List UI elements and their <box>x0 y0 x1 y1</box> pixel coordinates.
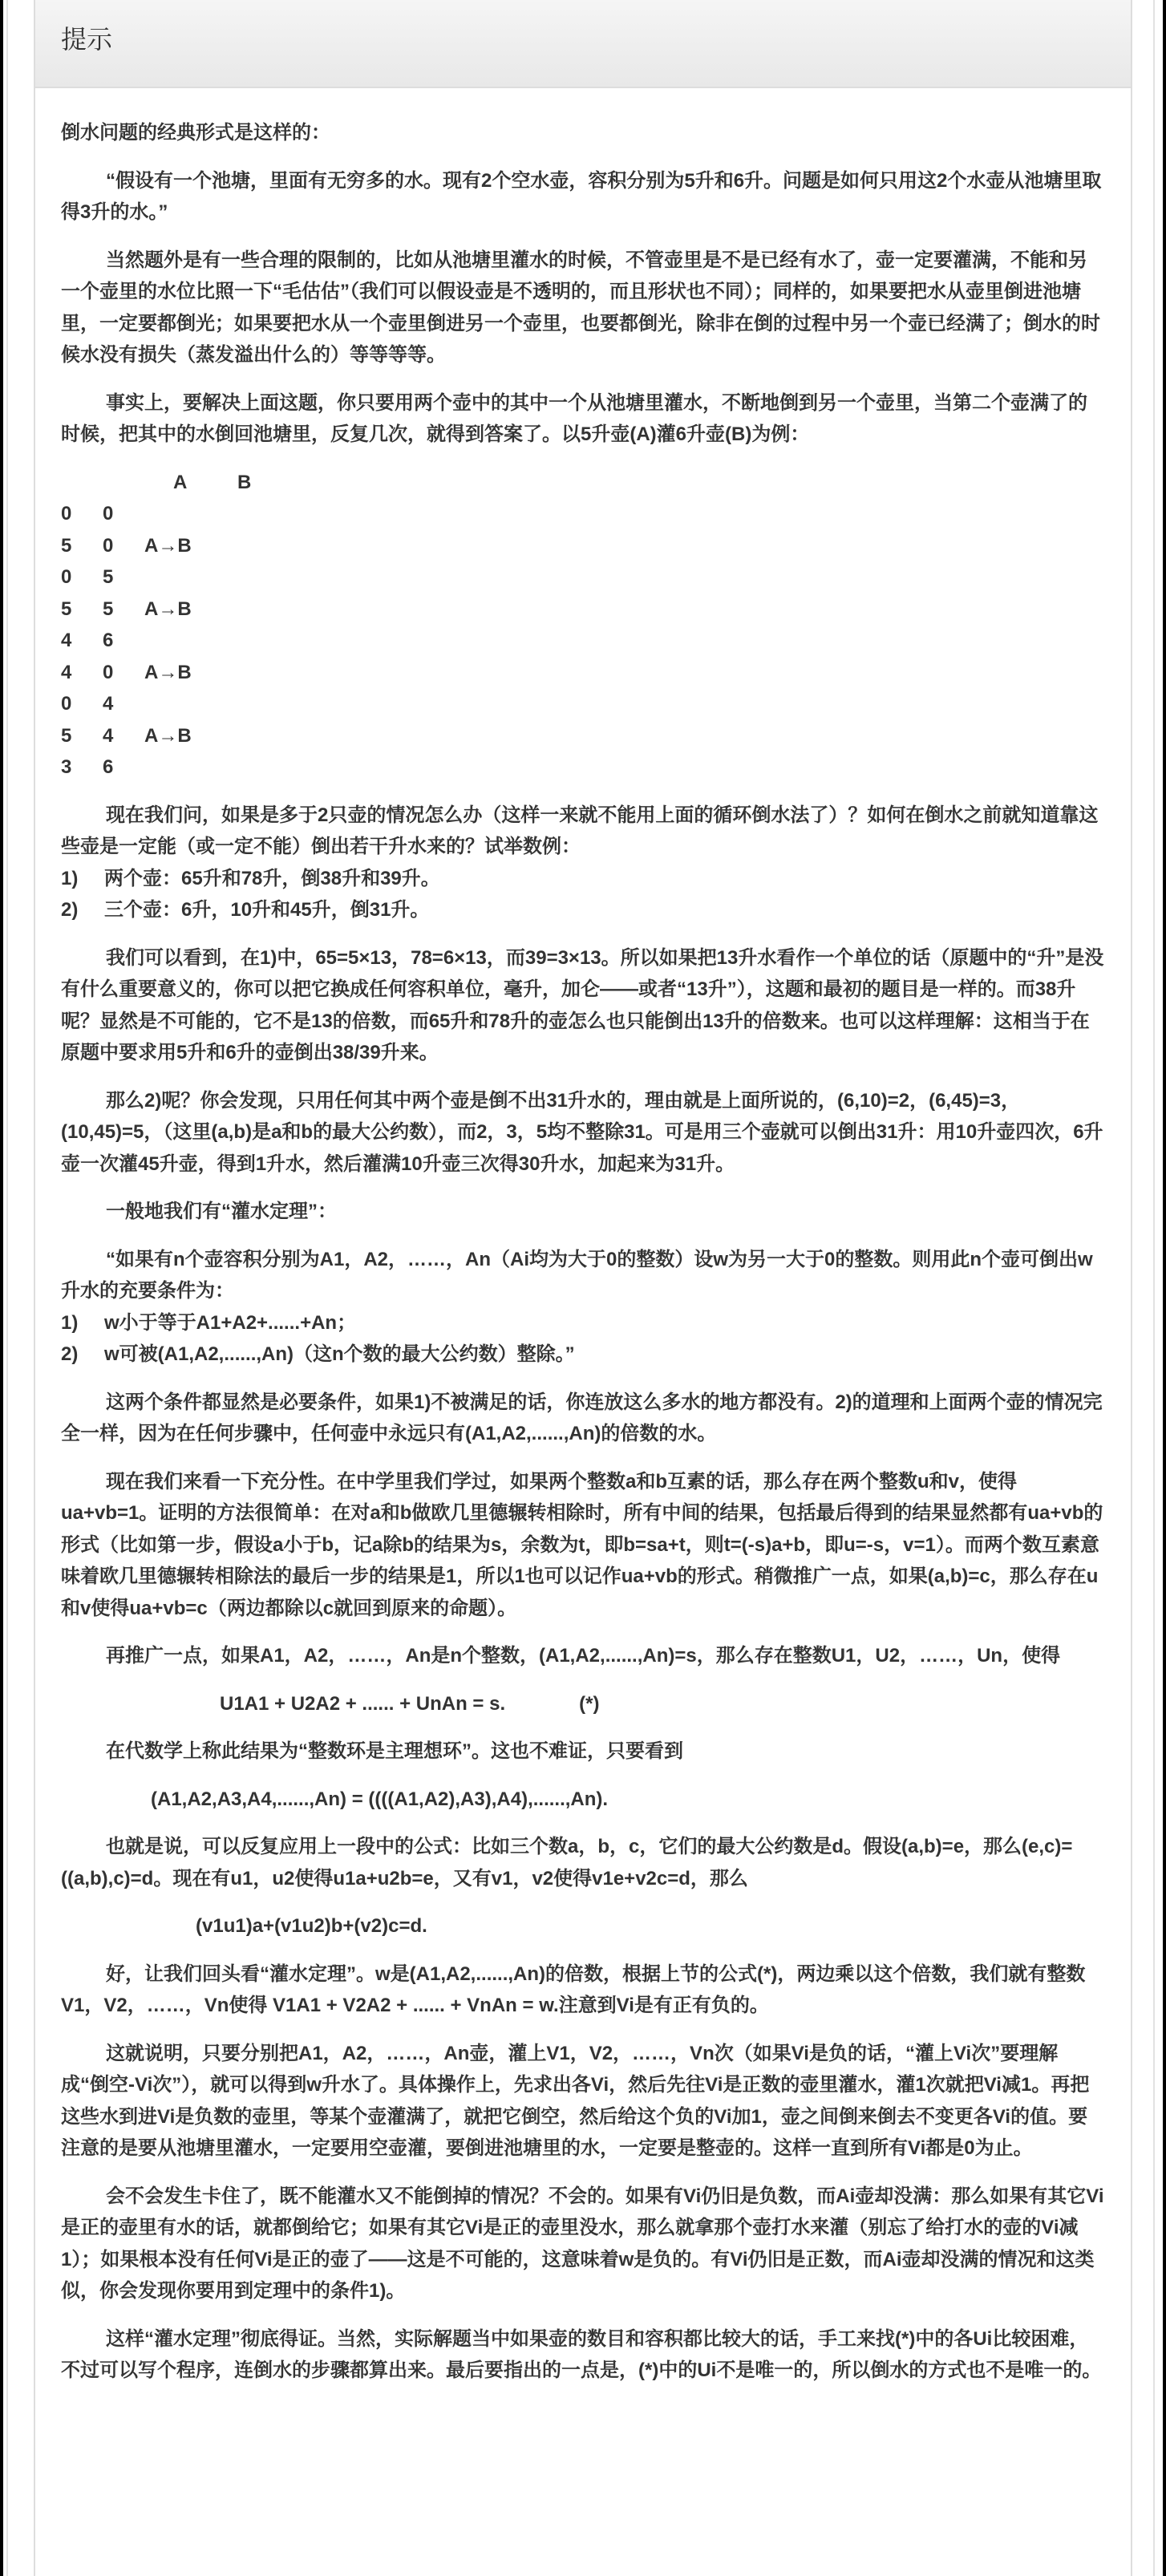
table-row: 0 0 <box>61 498 1105 530</box>
cell-action: A→B <box>144 593 225 626</box>
necessity-paragraph: 这两个条件都显然是必要条件，如果1)不被满足的话，你连放这么多水的地方都没有。2… <box>61 1387 1105 1450</box>
theorem-block: “如果有n个壶容积分别为A1，A2，……，An（Ai均为大于0的整数）设w为另一… <box>61 1244 1105 1371</box>
solution-intro-paragraph: 事实上，要解决上面这题，你只要用两个壶中的其中一个从池塘里灌水，不断地倒到另一个… <box>61 387 1105 451</box>
analysis-paragraph-2: 那么2)呢？你会发现，只用任何其中两个壶是倒不出31升水的，理由就是上面所说的，… <box>61 1085 1105 1181</box>
question-paragraph: 现在我们问，如果是多于2只壶的情况怎么办（这样一来就不能用上面的循环倒水法了）？… <box>61 800 1105 863</box>
table-row: 4 6 <box>61 625 1105 657</box>
conclusion-paragraph: 这样“灌水定理”彻底得证。当然，实际解题当中如果壶的数目和容积都比较大的话，手工… <box>61 2323 1105 2387</box>
problem-statement: “假设有一个池塘，里面有无穷多的水。现有2个空水壶，容积分别为5升和6升。问题是… <box>61 165 1105 229</box>
example-item: 1)两个壶：65升和78升，倒38升和39升。 <box>61 863 1105 895</box>
pouring-steps-table: A B 0 0 5 0 A→B 0 5 5 5 A→B <box>61 467 1105 784</box>
cell-a: 3 <box>61 751 103 784</box>
cell-a: 5 <box>61 593 103 626</box>
theorem-intro: 一般地我们有“灌水定理”： <box>61 1196 1105 1228</box>
formula-gcd-nesting: (A1,A2,A3,A4,......,An) = ((((A1,A2),A3)… <box>61 1784 1105 1816</box>
panel-heading: 提示 <box>35 0 1131 88</box>
repeat-paragraph: 也就是说，可以反复应用上一段中的公式：比如三个数a，b，c，它们的最大公约数是d… <box>61 1831 1105 1894</box>
table-header-a: A <box>173 467 237 499</box>
cell-a: 0 <box>61 561 103 593</box>
formula-bezout: U1A1 + U2A2 + ...... + UnAn = s.(*) <box>61 1688 1105 1720</box>
constraints-paragraph: 当然题外是有一些合理的限制的，比如从池塘里灌水的时候，不管壶里是不是已经有水了，… <box>61 245 1105 371</box>
ring-paragraph: 在代数学上称此结果为“整数环是主理想环”。这也不难证，只要看到 <box>61 1736 1105 1768</box>
cell-b: 0 <box>103 530 144 562</box>
window-edge-left <box>0 0 3 2576</box>
cell-a: 5 <box>61 720 103 752</box>
panel-body: 倒水问题的经典形式是这样的： “假设有一个池塘，里面有无穷多的水。现有2个空水壶… <box>35 88 1131 2387</box>
cell-b: 6 <box>103 625 144 657</box>
cell-b: 0 <box>103 498 144 530</box>
cell-action: A→B <box>144 530 225 562</box>
stuck-paragraph: 会不会发生卡住了，既不能灌水又不能倒掉的情况？不会的。如果有Vi仍旧是负数，而A… <box>61 2181 1105 2307</box>
cell-a: 5 <box>61 530 103 562</box>
cell-b: 4 <box>103 688 144 720</box>
intro-paragraph: 倒水问题的经典形式是这样的： <box>61 117 1105 149</box>
sufficiency-paragraph: 现在我们来看一下充分性。在中学里我们学过，如果两个整数a和b互素的话，那么存在两… <box>61 1466 1105 1625</box>
table-row: 5 0 A→B <box>61 530 1105 562</box>
condition-item: 2)w可被(A1,A2,......,An)（这n个数的最大公约数）整除。” <box>61 1339 1105 1371</box>
table-row: 5 4 A→B <box>61 720 1105 752</box>
condition-text: w可被(A1,A2,......,An)（这n个数的最大公约数）整除。” <box>104 1343 575 1365</box>
cell-b: 6 <box>103 751 144 784</box>
formula-tag: (*) <box>579 1688 599 1720</box>
formula-three-numbers: (v1u1)a+(v1u2)b+(v2)c=d. <box>61 1910 1105 1942</box>
table-header-row: A B <box>61 467 1105 499</box>
formula-text: U1A1 + U2A2 + ...... + UnAn = s. <box>220 1693 505 1715</box>
condition-number: 1) <box>61 1307 104 1339</box>
example-number: 1) <box>61 863 104 895</box>
cell-b: 0 <box>103 657 144 689</box>
hint-panel: 提示 倒水问题的经典形式是这样的： “假设有一个池塘，里面有无穷多的水。现有2个… <box>34 0 1132 2576</box>
cell-action: A→B <box>144 657 225 689</box>
table-row: 0 5 <box>61 561 1105 593</box>
example-number: 2) <box>61 894 104 926</box>
condition-item: 1)w小于等于A1+A2+......+An； <box>61 1307 1105 1339</box>
condition-number: 2) <box>61 1339 104 1371</box>
theorem-statement: “如果有n个壶容积分别为A1，A2，……，An（Ai均为大于0的整数）设w为另一… <box>61 1244 1105 1307</box>
example-item: 2)三个壶：6升，10升和45升，倒31升。 <box>61 894 1105 926</box>
cell-a: 0 <box>61 498 103 530</box>
cell-b: 5 <box>103 593 144 626</box>
cell-a: 4 <box>61 625 103 657</box>
back-to-theorem-paragraph: 好，让我们回头看“灌水定理”。w是(A1,A2,......,An)的倍数，根据… <box>61 1958 1105 2022</box>
panel-title: 提示 <box>61 19 112 59</box>
condition-text: w小于等于A1+A2+......+An； <box>104 1312 356 1334</box>
table-header-b: B <box>237 467 302 499</box>
table-row: 0 4 <box>61 688 1105 720</box>
analysis-paragraph-1: 我们可以看到，在1)中，65=5×13，78=6×13，而39=3×13。所以如… <box>61 942 1105 1069</box>
window-edge-right <box>1163 0 1166 2576</box>
table-row: 3 6 <box>61 751 1105 784</box>
cell-b: 4 <box>103 720 144 752</box>
procedure-paragraph: 这就说明，只要分别把A1，A2，……，An壶，灌上V1，V2，……，Vn次（如果… <box>61 2038 1105 2165</box>
cell-action: A→B <box>144 720 225 752</box>
example-text: 三个壶：6升，10升和45升，倒31升。 <box>104 899 429 921</box>
table-row: 4 0 A→B <box>61 657 1105 689</box>
question-block: 现在我们问，如果是多于2只壶的情况怎么办（这样一来就不能用上面的循环倒水法了）？… <box>61 800 1105 926</box>
generalize-paragraph: 再推广一点，如果A1，A2，……，An是n个整数，(A1,A2,......,A… <box>61 1640 1105 1672</box>
table-row: 5 5 A→B <box>61 593 1105 626</box>
cell-b: 5 <box>103 561 144 593</box>
example-text: 两个壶：65升和78升，倒38升和39升。 <box>104 868 440 889</box>
cell-a: 0 <box>61 688 103 720</box>
cell-a: 4 <box>61 657 103 689</box>
